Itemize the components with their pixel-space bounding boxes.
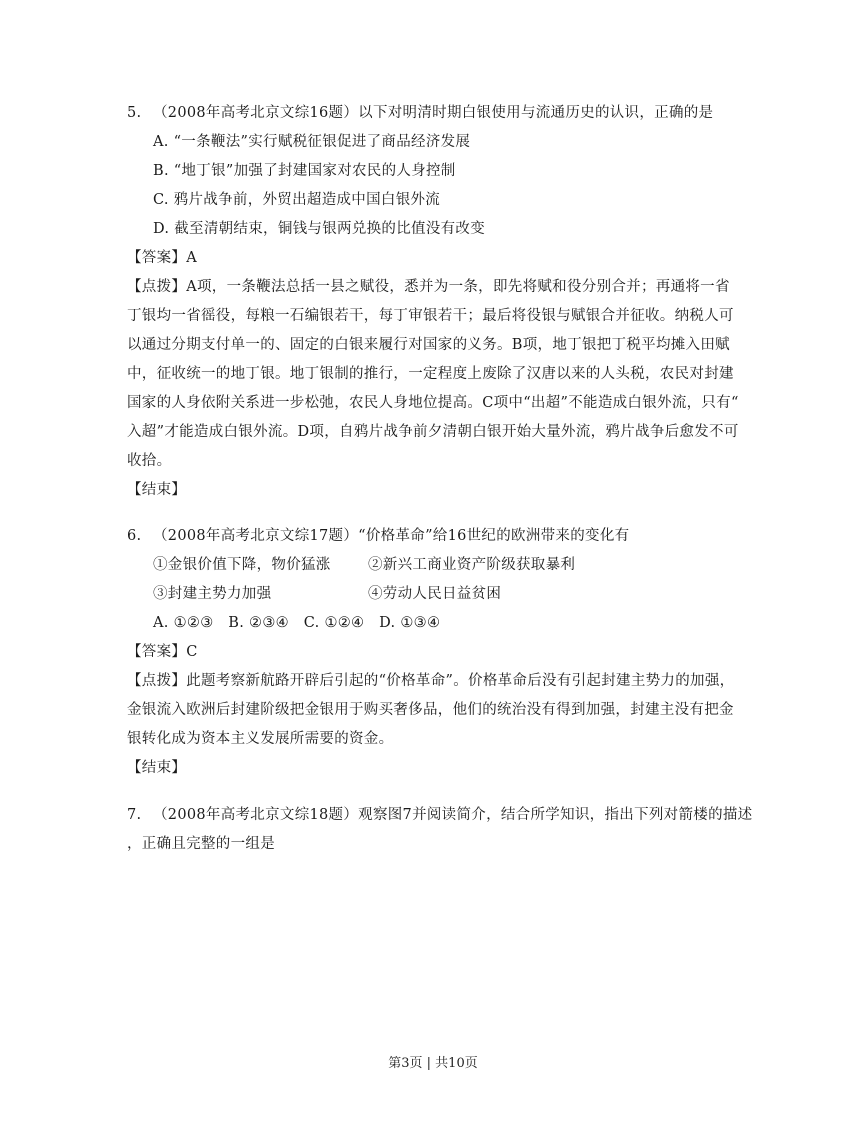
question-text: （2008年高考北京文综17题）“价格革命”给16世纪的欧洲带来的变化有: [153, 528, 629, 544]
question-text-continued: ，正确且完整的一组是: [127, 834, 275, 854]
document-page: 5.（2008年高考北京文综16题）以下对明清时期白银使用与流通历史的认识，正确…: [0, 0, 866, 1122]
item-1: ①金银价值下降，物价猛涨: [153, 555, 331, 575]
option-a: A. “一条鞭法”实行赋税征银促进了商品经济发展: [153, 132, 470, 152]
option-c: C. 鸦片战争前，外贸出超造成中国白银外流: [153, 190, 440, 210]
analysis-line: 入超”才能造成白银外流。D项，自鸦片战争前夕清朝白银开始大量外流，鸦片战争后愈发…: [127, 422, 739, 442]
analysis-line: 丁银均一省徭役，每粮一石编银若干，每丁审银若干；最后将役银与赋银合并征收。纳税人…: [127, 306, 734, 326]
analysis-line: 【点拨】A项，一条鞭法总括一县之赋役，悉并为一条，即先将赋和役分别合并；再通将一…: [127, 277, 730, 297]
option-d: D. 截至清朝结束，铜钱与银两兑换的比值没有改变: [153, 219, 485, 239]
answer: 【答案】A: [127, 248, 197, 268]
analysis-line: 以通过分期支付单一的、固定的白银来履行对国家的义务。B项，地丁银把丁税平均摊入田…: [127, 335, 730, 355]
question-number: 7.: [127, 805, 153, 825]
question-number: 6.: [127, 526, 153, 546]
question-text: （2008年高考北京文综16题）以下对明清时期白银使用与流通历史的认识，正确的是: [153, 105, 713, 121]
analysis-line: 国家的人身依附关系进一步松弛，农民人身地位提高。C项中“出超”不能造成白银外流，…: [127, 393, 739, 413]
analysis-line: 收拾。: [127, 451, 171, 471]
question-6-stem: 6.（2008年高考北京文综17题）“价格革命”给16世纪的欧洲带来的变化有: [127, 526, 629, 546]
option-b: B. “地丁银”加强了封建国家对农民的人身控制: [153, 161, 456, 181]
end-marker: 【结束】: [127, 480, 186, 500]
question-text: （2008年高考北京文综18题）观察图7并阅读简介，结合所学知识，指出下列对箭楼…: [153, 807, 752, 823]
item-2: ②新兴工商业资产阶级获取暴利: [368, 555, 575, 575]
page-number-footer: 第3页 | 共10页: [0, 1052, 866, 1071]
choice-options: A. ①②③ B. ②③④ C. ①②④ D. ①③④: [153, 613, 440, 633]
question-7-stem: 7.（2008年高考北京文综18题）观察图7并阅读简介，结合所学知识，指出下列对…: [127, 805, 752, 825]
end-marker: 【结束】: [127, 758, 186, 778]
item-3: ③封建主势力加强: [153, 584, 271, 604]
answer: 【答案】C: [127, 642, 198, 662]
question-5-stem: 5.（2008年高考北京文综16题）以下对明清时期白银使用与流通历史的认识，正确…: [127, 103, 713, 123]
item-4: ④劳动人民日益贫困: [368, 584, 501, 604]
analysis-line: 金银流入欧洲后封建阶级把金银用于购买奢侈品，他们的统治没有得到加强，封建主没有把…: [127, 700, 734, 720]
question-number: 5.: [127, 103, 153, 123]
analysis-line: 银转化成为资本主义发展所需要的资金。: [127, 729, 393, 749]
analysis-line: 中，征收统一的地丁银。地丁银制的推行，一定程度上废除了汉唐以来的人头税，农民对封…: [127, 364, 734, 384]
analysis-line: 【点拨】此题考察新航路开辟后引起的“价格革命”。价格革命后没有引起封建主势力的加…: [127, 671, 734, 691]
